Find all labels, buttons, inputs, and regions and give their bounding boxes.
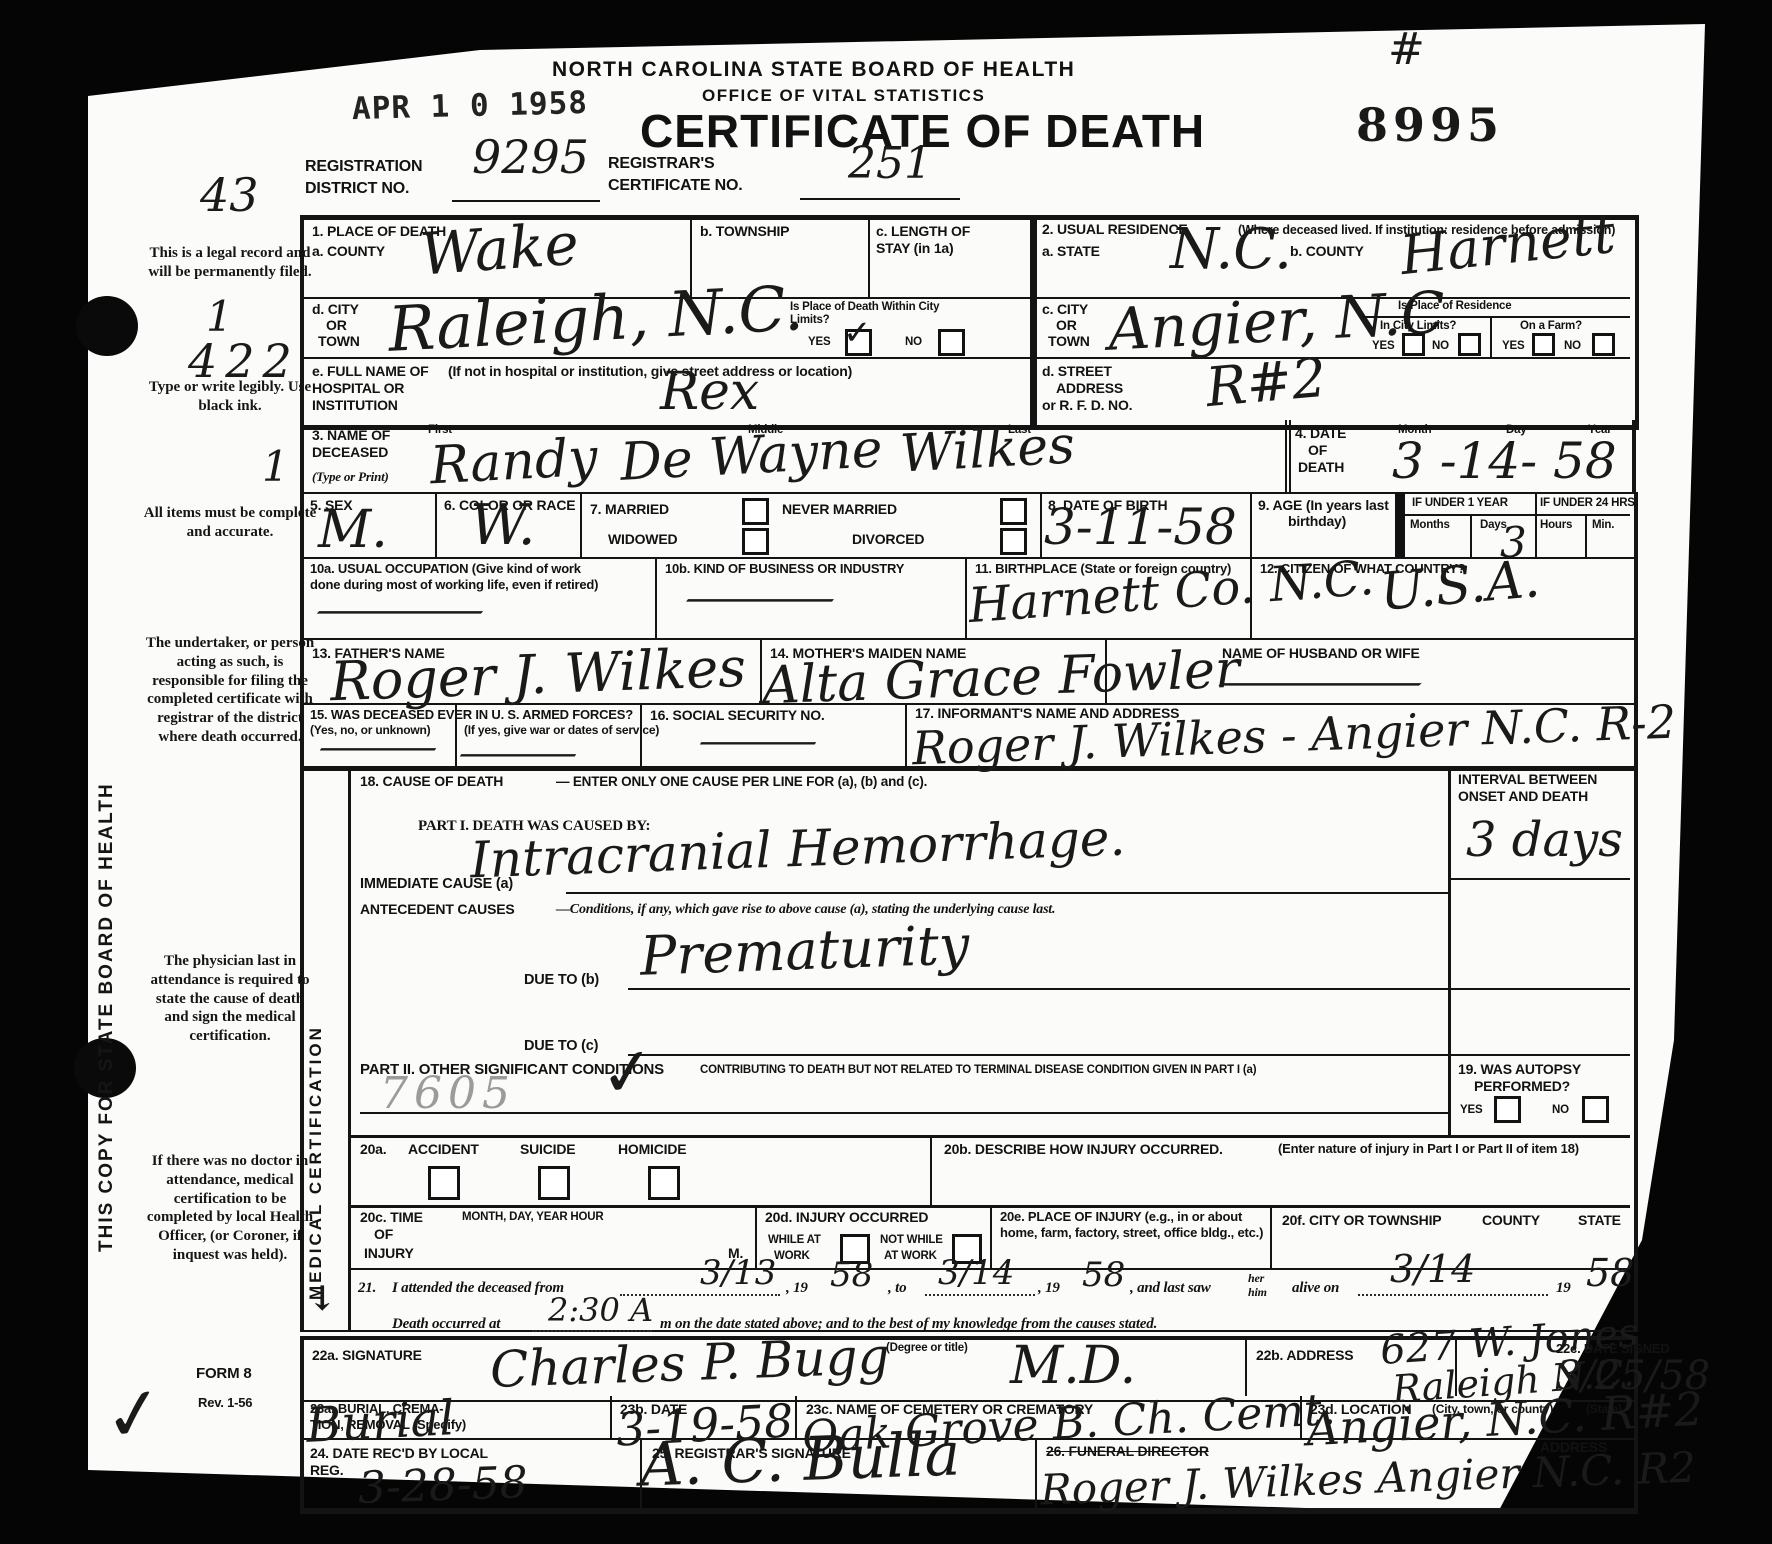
death-limits-no-label: NO [905, 336, 922, 349]
registration-district-value: 9295 [472, 134, 589, 180]
place-of-residence-label: Is Place of Residence [1398, 300, 1511, 313]
armed-forces-label: 15. WAS DECEASED EVER IN U. S. ARMED FOR… [310, 708, 633, 723]
death-city-limits-question-2: Limits? [790, 314, 830, 327]
form-number: FORM 8 [196, 1366, 251, 1383]
cause-of-death-label: 18. CAUSE OF DEATH [360, 774, 503, 790]
interval-label-1: INTERVAL BETWEEN [1458, 772, 1597, 788]
divorced-label: DIVORCED [852, 532, 924, 548]
date-of-death-value: 3 -14- 58 [1392, 436, 1617, 486]
part-2-checkmark: ✓ [597, 1037, 659, 1108]
physician-degree-value: M.D. [1010, 1340, 1136, 1392]
margin-handwritten-1b: 1 [262, 446, 289, 488]
funeral-director-label: 26. FUNERAL DIRECTOR [1046, 1444, 1209, 1460]
last-saw-label: , and last saw [1130, 1280, 1211, 1297]
antecedent-causes-label: ANTECEDENT CAUSES [360, 902, 515, 918]
time-of-injury-label-2: OF [374, 1227, 393, 1243]
residence-city-yes-checkbox[interactable] [1402, 333, 1425, 356]
header-board: NORTH CAROLINA STATE BOARD OF HEALTH [552, 58, 1075, 82]
attended-to-label: , to [888, 1280, 906, 1297]
street-address-value: R#2 [1204, 351, 1329, 415]
date-of-birth-value: 3-11-58 [1044, 502, 1237, 552]
place-of-injury-label-1: 20e. PLACE OF INJURY (e.g., in or about [1000, 1210, 1242, 1225]
death-limits-yes-label: YES [808, 336, 830, 349]
injury-city-township-label: 20f. CITY OR TOWNSHIP [1282, 1213, 1441, 1229]
citizen-country-value: U.S.A. [1378, 553, 1542, 619]
part-2-label-2: CONTRIBUTING TO DEATH BUT NOT RELATED TO… [700, 1064, 1256, 1077]
date-of-death-label-3: DEATH [1298, 460, 1344, 476]
deceased-first-name-value: Randy [429, 432, 599, 493]
name-of-deceased-label-1: 3. NAME OF [312, 428, 390, 444]
accident-checkbox[interactable] [428, 1166, 460, 1200]
age-label-2: birthday) [1288, 514, 1346, 530]
if-under-24-hrs-label: IF UNDER 24 HRS. [1540, 497, 1638, 510]
header-office: OFFICE OF VITAL STATISTICS [702, 86, 985, 105]
medical-certification-vertical-label: MEDICAL CERTIFICATION [306, 800, 326, 1300]
margin-checkmark: ✓ [99, 1374, 169, 1454]
hospital-name-label-2: HOSPITAL OR [312, 381, 404, 397]
immediate-cause-label: IMMEDIATE CAUSE (a) [360, 876, 513, 892]
color-or-race-value: W. [470, 498, 536, 554]
street-address-label-1: d. STREET [1042, 364, 1112, 380]
autopsy-yes-checkbox[interactable] [1494, 1096, 1521, 1123]
type-or-print-label: (Type or Print) [312, 470, 389, 485]
describe-injury-label: 20b. DESCRIBE HOW INJURY OCCURRED. [944, 1142, 1223, 1158]
attended-to-value: 3/14 [938, 1256, 1014, 1290]
injury-occurred-label: 20d. INJURY OCCURRED [765, 1210, 928, 1226]
deceased-last-name-value: Wilkes [899, 419, 1076, 480]
attended-text: I attended the deceased from [392, 1280, 564, 1297]
hole-punch-top [76, 296, 138, 356]
death-city-label-2: OR [326, 318, 347, 334]
alive-19c: 19 [1556, 1280, 1571, 1297]
usual-occupation-label-1: 10a. USUAL OCCUPATION (Give kind of work [310, 562, 581, 577]
autopsy-no-checkbox[interactable] [1582, 1096, 1609, 1123]
age-min-label: Min. [1592, 519, 1614, 532]
hospital-name-label-3: INSTITUTION [312, 398, 398, 414]
husband-or-wife-value: — [1210, 662, 1430, 702]
degree-or-title-label: (Degree or title) [886, 1342, 968, 1355]
injury-state-label: STATE [1578, 1213, 1621, 1229]
place-of-death-county-value: Wake [418, 215, 580, 284]
autopsy-label-2: PERFORMED? [1474, 1079, 1570, 1095]
on-a-farm-label: On a Farm? [1520, 320, 1582, 333]
certificate-serial-number: 8995 [1356, 98, 1504, 152]
residence-city-yes-label: YES [1372, 340, 1394, 353]
never-married-label: NEVER MARRIED [782, 502, 897, 518]
fathers-name-value: Roger J. Wilkes [329, 641, 747, 709]
death-limits-yes-checkmark: ✓ [843, 316, 872, 350]
while-at-work-label-2: WORK [774, 1250, 810, 1263]
residence-city-no-label: NO [1432, 340, 1449, 353]
death-occurred-label-2: m on the date stated above; and to the b… [660, 1316, 1157, 1333]
him-label: him [1248, 1286, 1267, 1299]
not-while-at-work-label-1: NOT WHILE [880, 1234, 943, 1247]
margin-note-legal: This is a legal record and will be perma… [142, 244, 318, 282]
due-to-b-label: DUE TO (b) [524, 972, 599, 988]
registrar-certificate-label-1: REGISTRAR'S [608, 155, 715, 173]
hospital-name-value: Rex [660, 366, 759, 418]
margin-handwritten-43: 43 [200, 172, 259, 218]
suicide-label: SUICIDE [520, 1142, 575, 1158]
kind-of-business-value: — [680, 578, 840, 618]
length-of-stay-label-1: c. LENGTH OF [876, 224, 970, 240]
signature-label: 22a. SIGNATURE [312, 1348, 422, 1364]
registrar-certificate-value: 251 [848, 142, 932, 186]
hash-mark: # [1388, 28, 1425, 72]
age-label-1: 9. AGE (In years last [1258, 498, 1389, 514]
death-time-value: 2:30 A [548, 1294, 653, 1326]
married-checkbox[interactable] [742, 498, 769, 525]
length-of-stay-label-2: STAY (in 1a) [876, 241, 953, 257]
margin-note-physician: The physician last in attendance is requ… [142, 952, 318, 1046]
street-address-label-2: ADDRESS [1056, 381, 1123, 397]
date-received-label-2: REG. [310, 1463, 343, 1479]
attended-year2-value: 58 [1082, 1258, 1125, 1292]
attended-from-value: 3/13 [700, 1256, 776, 1290]
registration-district-label-2: DISTRICT NO. [305, 180, 409, 198]
date-of-death-label-1: 4. DATE [1295, 426, 1346, 442]
residence-city-label-1: c. CITY [1042, 302, 1088, 318]
residence-state-value: N.C. [1170, 222, 1292, 278]
margin-note-undertaker: The undertaker, or person acting as such… [142, 634, 318, 747]
attended-19a: , 19 [786, 1280, 808, 1297]
sex-value: M. [318, 504, 388, 556]
time-of-injury-label-1: 20c. TIME [360, 1210, 423, 1226]
received-date-stamp: APR 1 0 1958 [352, 85, 589, 127]
physician-signature-value: Charles P. Bugg [489, 1331, 890, 1395]
usual-residence-label: 2. USUAL RESIDENCE [1042, 222, 1188, 238]
not-while-at-work-label-2: AT WORK [884, 1250, 937, 1263]
residence-in-city-label: In City Limits? [1380, 320, 1456, 333]
if-under-1-year-label: IF UNDER 1 YEAR [1412, 497, 1508, 510]
due-to-b-value: Prematurity [639, 918, 970, 983]
residence-city-label-3: TOWN [1048, 334, 1090, 350]
margin-note-complete: All items must be complete and accurate. [142, 504, 318, 542]
margin-handwritten-1a: 1 [206, 296, 233, 338]
describe-injury-paren: (Enter nature of injury in Part I or Par… [1278, 1142, 1579, 1157]
antecedent-causes-note: —Conditions, if any, which gave rise to … [556, 902, 1055, 918]
death-city-limits-question-1: Is Place of Death Within City [790, 301, 939, 314]
divorced-checkbox[interactable] [1000, 528, 1027, 555]
hospital-name-paren: (If not in hospital or institution, give… [448, 364, 852, 380]
armed-forces-value-1: — [315, 730, 441, 766]
homicide-label: HOMICIDE [618, 1142, 686, 1158]
attended-19b: , 19 [1038, 1280, 1060, 1297]
township-label: b. TOWNSHIP [700, 224, 789, 240]
registration-district-label-1: REGISTRATION [305, 158, 422, 176]
deceased-middle-name-value: De Wayne [619, 423, 884, 489]
margin-note-legibly: Type or write legibly. Use black ink. [142, 378, 318, 416]
never-married-checkbox[interactable] [1000, 498, 1027, 525]
death-occurred-label: Death occurred at [392, 1316, 500, 1333]
age-months-label: Months [1410, 519, 1450, 532]
her-label: her [1248, 1272, 1264, 1285]
registrar-certificate-label-2: CERTIFICATE NO. [608, 177, 742, 195]
attended-num: 21. [358, 1280, 376, 1297]
married-label: 7. MARRIED [590, 502, 669, 518]
farm-no-label: NO [1564, 340, 1581, 353]
alive-year-value: 58 [1586, 1254, 1634, 1292]
death-certificate-scan: THIS COPY FOR STATE BOARD OF HEALTH 43 T… [0, 0, 1772, 1544]
interval-value: 3 days [1466, 816, 1623, 864]
street-address-label-3: or R. F. D. NO. [1042, 398, 1132, 414]
margin-note-no-doctor: If there was no doctor in attendance, me… [142, 1152, 318, 1265]
residence-city-no-checkbox[interactable] [1458, 333, 1481, 356]
residence-state-label: a. STATE [1042, 244, 1100, 260]
autopsy-label-1: 19. WAS AUTOPSY [1458, 1062, 1581, 1078]
hospital-name-label-1: e. FULL NAME OF [312, 364, 429, 380]
alive-on-label: alive on [1292, 1280, 1339, 1297]
interval-label-2: ONSET AND DEATH [1458, 789, 1588, 805]
cause-of-death-label-2: — ENTER ONLY ONE CAUSE PER LINE FOR (a),… [556, 774, 927, 789]
autopsy-no-label: NO [1552, 1104, 1569, 1117]
while-at-work-label-1: WHILE AT [768, 1234, 821, 1247]
residence-city-label-2: OR [1056, 318, 1077, 334]
form-revision: Rev. 1-56 [198, 1396, 252, 1411]
death-limits-no-checkbox[interactable] [938, 329, 965, 356]
registrar-signature-value: A. C. Bulla [639, 1424, 961, 1495]
physician-address-label: 22b. ADDRESS [1256, 1348, 1353, 1364]
vertical-copy-label: THIS COPY FOR STATE BOARD OF HEALTH [96, 552, 118, 1252]
place-of-injury-label-2: home, farm, factory, street, office bldg… [1000, 1226, 1263, 1241]
name-of-deceased-label-2: DECEASED [312, 445, 388, 461]
farm-yes-checkbox[interactable] [1532, 333, 1555, 356]
accident-suicide-homicide-num: 20a. [360, 1142, 386, 1158]
place-of-death-county-label: a. COUNTY [312, 244, 385, 260]
usual-occupation-value: — [310, 590, 490, 630]
homicide-checkbox[interactable] [648, 1166, 680, 1200]
attended-year1-value: 58 [830, 1258, 873, 1292]
due-to-c-label: DUE TO (c) [524, 1038, 598, 1054]
farm-yes-label: YES [1502, 340, 1524, 353]
pencil-code-7605: 7605 [380, 1072, 516, 1116]
suicide-checkbox[interactable] [538, 1166, 570, 1200]
time-of-injury-label-3: INJURY [364, 1246, 414, 1262]
age-hours-label: Hours [1540, 519, 1572, 532]
accident-label: ACCIDENT [408, 1142, 479, 1158]
widowed-label: WIDOWED [608, 532, 677, 548]
alive-on-value: 3/14 [1390, 1250, 1475, 1288]
social-security-value: — [695, 724, 821, 760]
autopsy-yes-label: YES [1460, 1104, 1482, 1117]
time-of-injury-mdyh: MONTH, DAY, YEAR HOUR [462, 1211, 604, 1224]
date-of-death-label-2: OF [1308, 443, 1327, 459]
farm-no-checkbox[interactable] [1592, 333, 1615, 356]
residence-county-label: b. COUNTY [1290, 244, 1364, 260]
date-received-value: 3-28-58 [357, 1461, 528, 1511]
injury-county-label: COUNTY [1482, 1213, 1540, 1229]
death-city-label-3: TOWN [318, 334, 360, 350]
widowed-checkbox[interactable] [742, 528, 769, 555]
death-city-label-1: d. CITY [312, 302, 359, 318]
